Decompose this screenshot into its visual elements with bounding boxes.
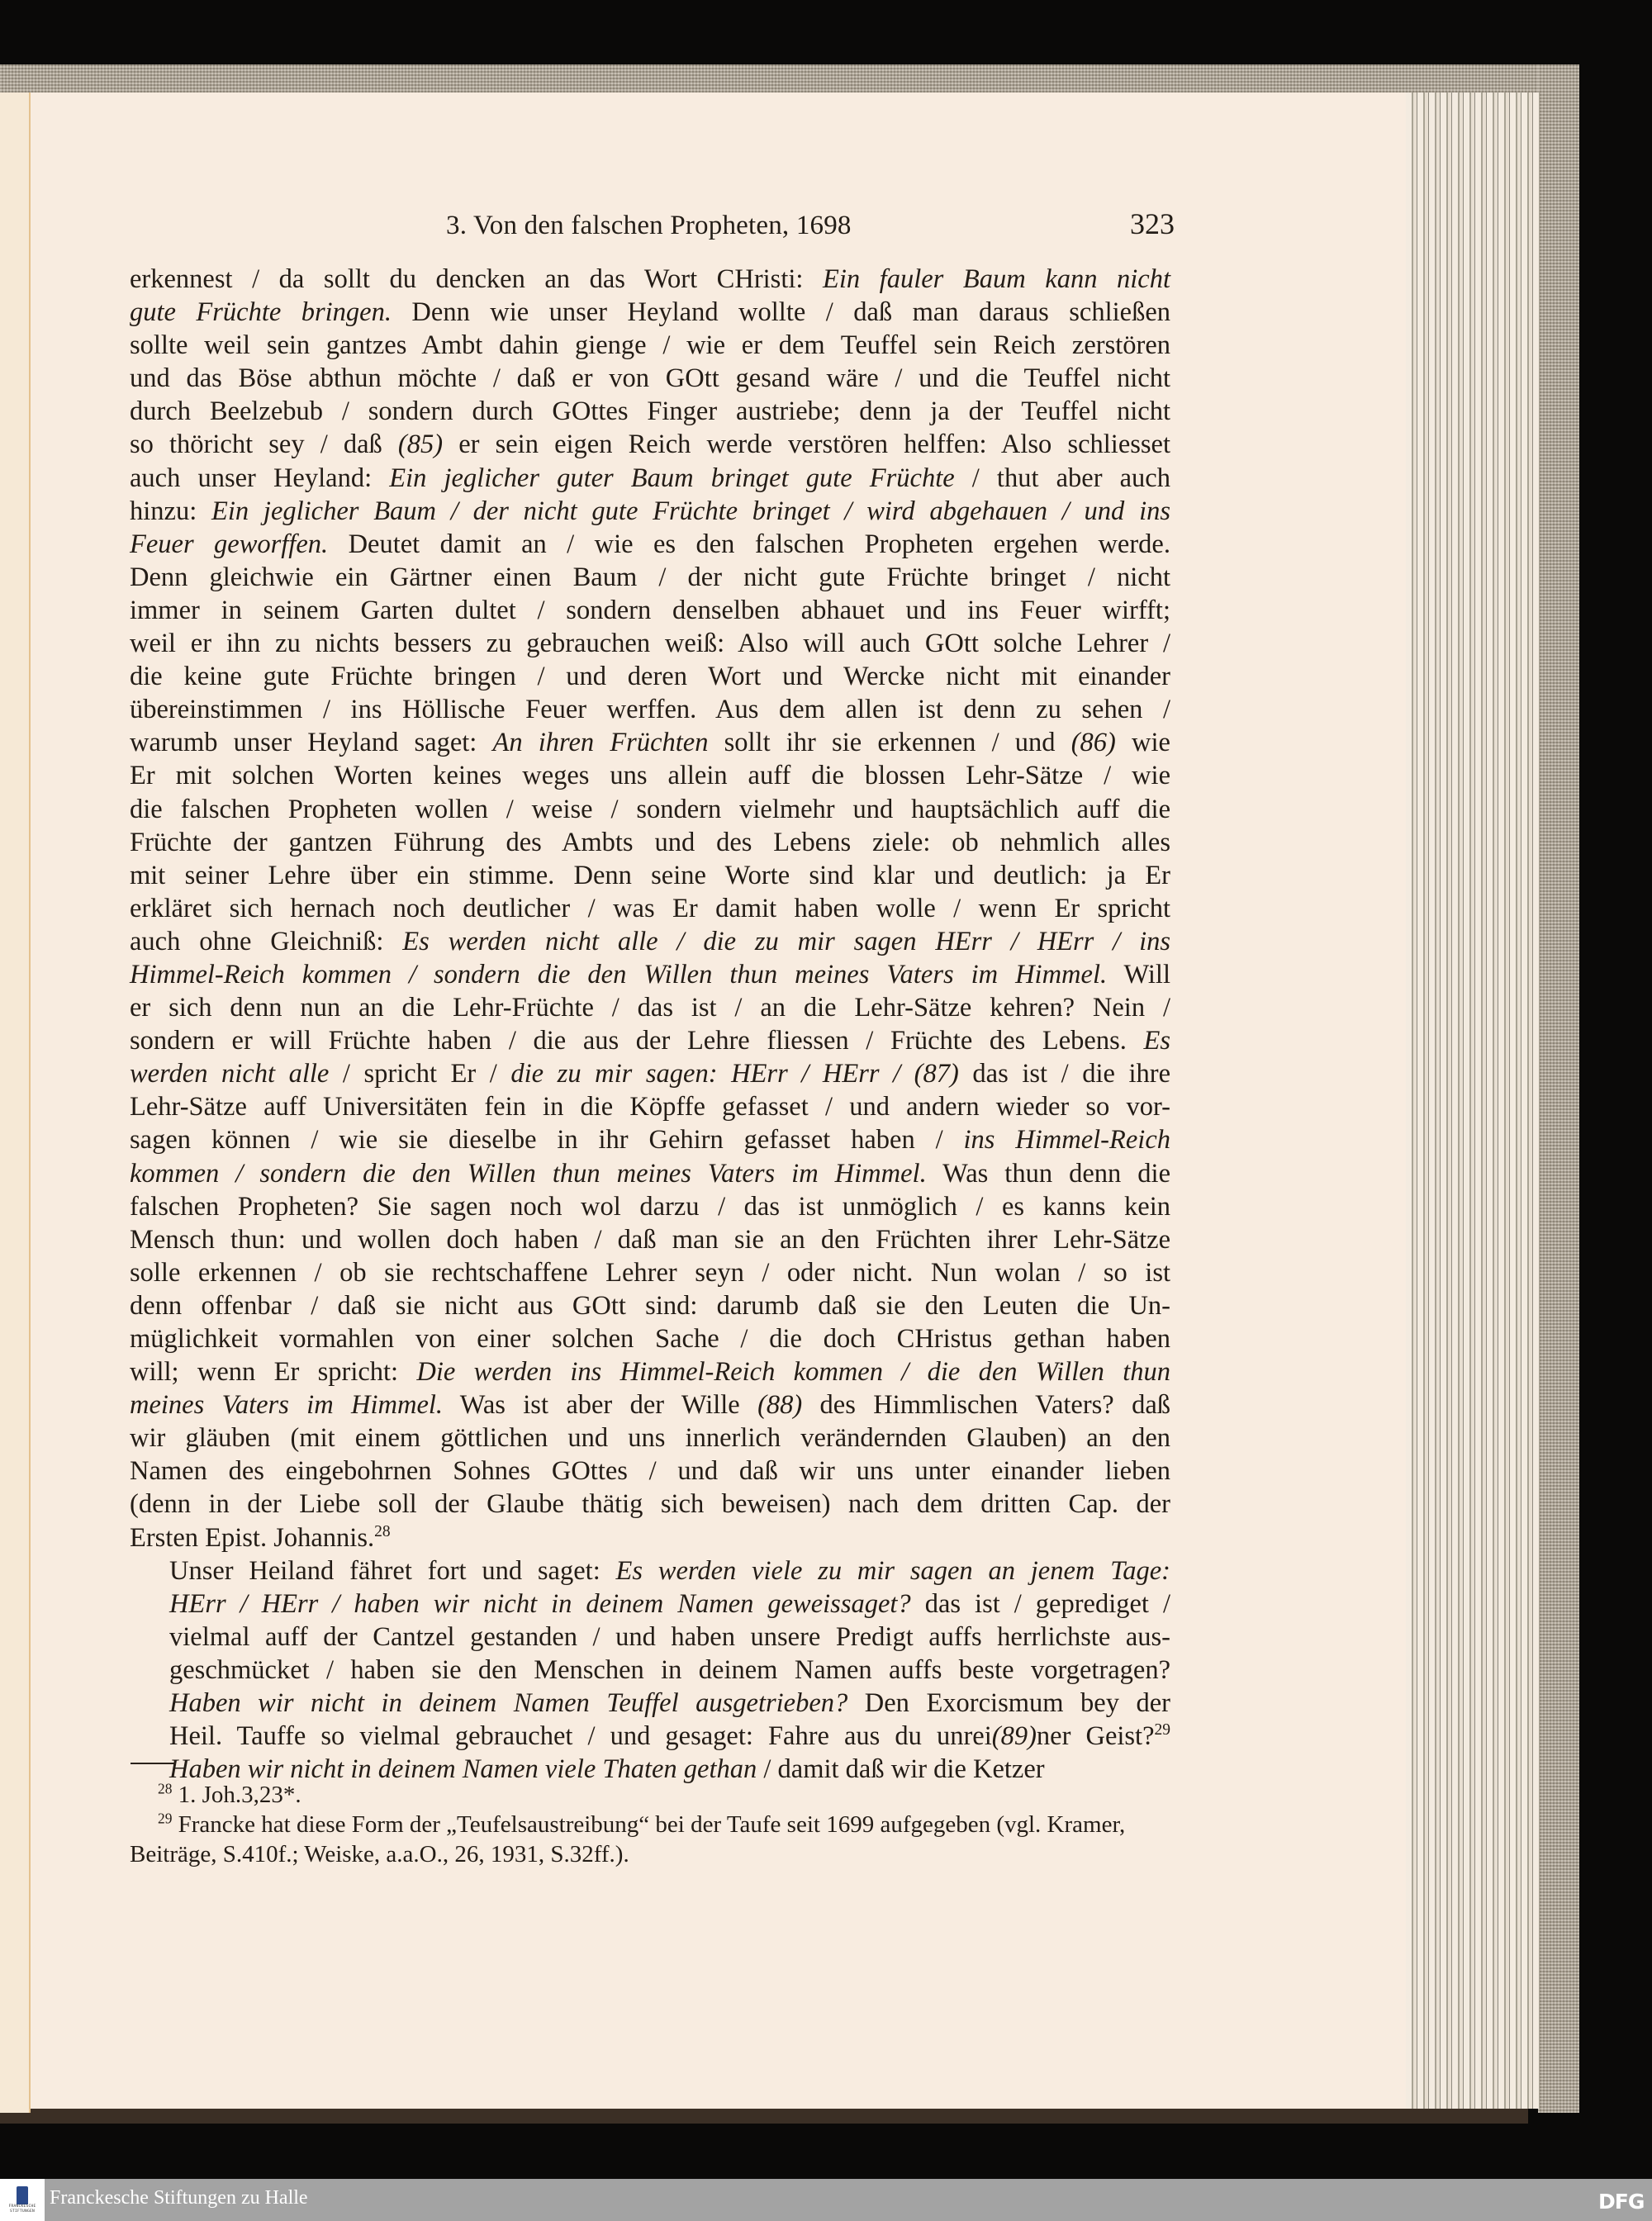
text-line: geschmücket / haben sie den Menschen in … bbox=[130, 1654, 1170, 1687]
text-line: auch unser Heyland: Ein jeglicher guter … bbox=[130, 462, 1170, 495]
text-line: wir gläuben (mit einem göttlichen und un… bbox=[130, 1421, 1170, 1455]
text-line: werden nicht alle / spricht Er / die zu … bbox=[130, 1057, 1170, 1090]
logo-text: FRANCKESCHESTIFTUNGEN bbox=[8, 2204, 36, 2214]
text-line: falschen Propheten? Sie sagen noch wol d… bbox=[130, 1190, 1170, 1223]
text-line: auch ohne Gleichniß: Es werden nicht all… bbox=[130, 925, 1170, 958]
text-line: Haben wir nicht in deinem Namen Teuffel … bbox=[130, 1687, 1170, 1720]
dfg-logo[interactable]: DFG bbox=[1598, 2190, 1644, 2214]
text-line: die falschen Propheten wollen / weise / … bbox=[130, 793, 1170, 826]
page-stack-edges bbox=[1406, 93, 1540, 2109]
text-line: übereinstimmen / ins Höllische Feuer wer… bbox=[130, 693, 1170, 726]
footnote-28: 28 1. Joh.3,23*. bbox=[130, 1780, 1170, 1810]
footnote-text: Francke hat diese Form der „Teufelsaustr… bbox=[130, 1811, 1125, 1867]
running-head: 3. Von den falschen Propheten, 1698 bbox=[446, 211, 852, 241]
text-line: Namen des eingebohrnen Sohnes GOttes / u… bbox=[130, 1455, 1170, 1488]
text-line: mit seiner Lehre über ein stimme. Denn s… bbox=[130, 859, 1170, 892]
page-number: 323 bbox=[1130, 206, 1175, 241]
text-line: die keine gute Früchte bringen / und der… bbox=[130, 660, 1170, 693]
book-cover-cloth-right bbox=[1538, 64, 1579, 2113]
text-line: hinzu: Ein jeglicher Baum / der nicht gu… bbox=[130, 495, 1170, 528]
text-line: so thöricht sey / daß (85) er sein eigen… bbox=[130, 428, 1170, 461]
footnote-marker: 28 bbox=[158, 1780, 172, 1796]
footnote-29: 29 Francke hat diese Form der „Teufelsau… bbox=[130, 1810, 1170, 1869]
footnote-marker: 29 bbox=[158, 1810, 172, 1826]
text-line: kommen / sondern die den Willen thun mei… bbox=[130, 1157, 1170, 1190]
text-line: sagen können / wie sie dieselbe in ihr G… bbox=[130, 1123, 1170, 1156]
text-line: Heil. Tauffe so vielmal gebrauchet / und… bbox=[130, 1720, 1170, 1753]
text-line: Er mit solchen Worten keines weges uns a… bbox=[130, 759, 1170, 792]
text-line: Unser Heiland fähret fort und saget: Es … bbox=[130, 1554, 1170, 1587]
book-board-bottom bbox=[0, 2109, 1528, 2124]
text-line: Himmel-Reich kommen / sondern die den Wi… bbox=[130, 958, 1170, 991]
text-line: (denn in der Liebe soll der Glaube thäti… bbox=[130, 1488, 1170, 1521]
footnote-text: 1. Joh.3,23*. bbox=[178, 1782, 301, 1808]
text-line: Denn gleichwie ein Gärtner einen Baum / … bbox=[130, 561, 1170, 594]
text-line: erkennest / da sollt du dencken an das W… bbox=[130, 263, 1170, 296]
text-line: solle erkennen / ob sie rechtschaffene L… bbox=[130, 1256, 1170, 1289]
text-line: denn offenbar / daß sie nicht aus GOtt s… bbox=[130, 1289, 1170, 1322]
text-line: Früchte der gantzen Führung des Ambts un… bbox=[130, 826, 1170, 859]
text-line: Lehr-Sätze auff Universitäten fein in di… bbox=[130, 1090, 1170, 1123]
text-line: durch Beelzebub / sondern durch GOttes F… bbox=[130, 395, 1170, 428]
text-line: vielmal auff der Cantzel gestanden / und… bbox=[130, 1621, 1170, 1654]
text-line: und das Böse abthun möchte / daß er von … bbox=[130, 362, 1170, 395]
franckesche-stiftungen-logo[interactable]: FRANCKESCHESTIFTUNGEN bbox=[0, 2179, 45, 2221]
text-line: weil er ihn zu nichts bessers zu gebrauc… bbox=[130, 627, 1170, 660]
facing-page-edge bbox=[0, 93, 31, 2113]
text-line: müglichkeit vormahlen von einer solchen … bbox=[130, 1322, 1170, 1355]
text-line: gute Früchte bringen. Denn wie unser Hey… bbox=[130, 296, 1170, 329]
text-line: meines Vaters im Himmel. Was ist aber de… bbox=[130, 1388, 1170, 1421]
text-line: Ersten Epist. Johannis.28 bbox=[130, 1521, 1170, 1554]
text-line: HErr / HErr / haben wir nicht in deinem … bbox=[130, 1587, 1170, 1621]
institution-name: Franckesche Stiftungen zu Halle bbox=[50, 2187, 308, 2209]
text-line: immer in seinem Garten dultet / sondern … bbox=[130, 594, 1170, 627]
text-line: warumb unser Heyland saget: An ihren Frü… bbox=[130, 726, 1170, 759]
text-line: sondern er will Früchte haben / die aus … bbox=[130, 1024, 1170, 1057]
body-text: erkennest / da sollt du dencken an das W… bbox=[130, 263, 1170, 1786]
paragraph-2: Unser Heiland fähret fort und saget: Es … bbox=[130, 1554, 1170, 1787]
text-line: Mensch thun: und wollen doch haben / daß… bbox=[130, 1223, 1170, 1256]
text-line: Feuer geworffen. Deutet damit an / wie e… bbox=[130, 528, 1170, 561]
text-line: er sich denn nun an die Lehr-Früchte / d… bbox=[130, 991, 1170, 1024]
footnote-ref: 28 bbox=[374, 1523, 391, 1540]
paragraph-1: erkennest / da sollt du dencken an das W… bbox=[130, 263, 1170, 1554]
statue-icon bbox=[17, 2186, 28, 2204]
footnote-divider bbox=[131, 1763, 176, 1764]
footnotes: 28 1. Joh.3,23*. 29 Francke hat diese Fo… bbox=[130, 1780, 1170, 1869]
text-line: sollte weil sein gantzes Ambt dahin gien… bbox=[130, 329, 1170, 362]
footnote-ref: 29 bbox=[1155, 1721, 1171, 1739]
text-line: erkläret sich hernach noch deutlicher / … bbox=[130, 892, 1170, 925]
text-line: will; wenn Er spricht: Die werden ins Hi… bbox=[130, 1355, 1170, 1388]
